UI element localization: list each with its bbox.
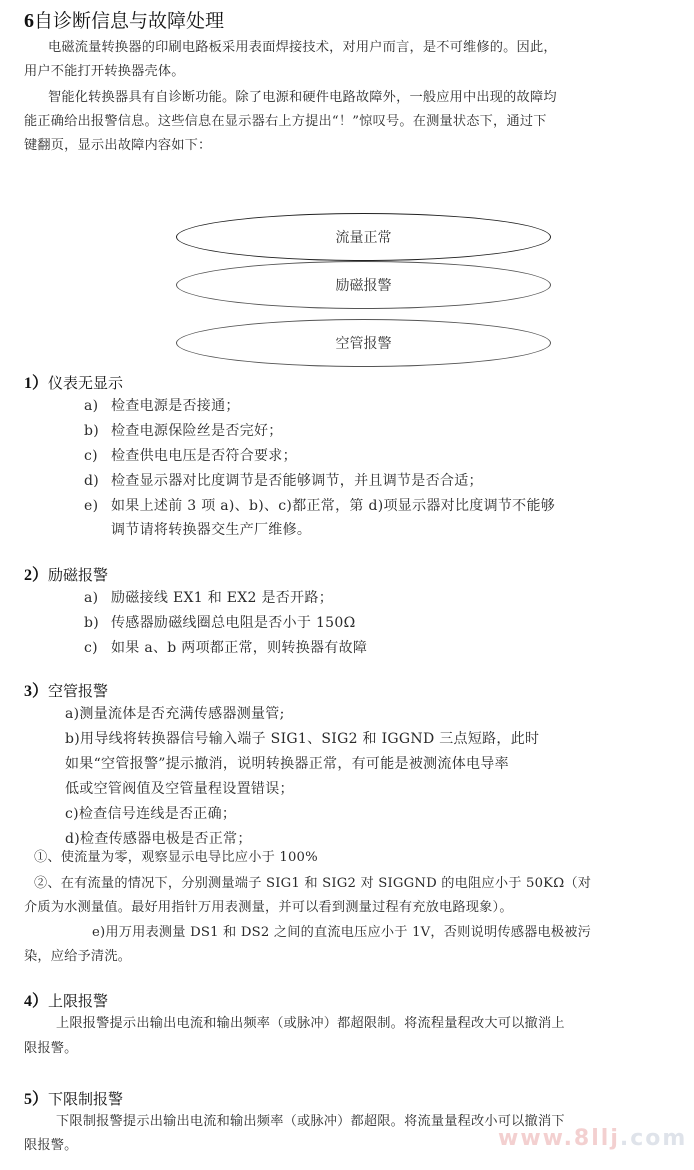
section-title-text: 自诊断信息与故障处理 bbox=[34, 10, 224, 32]
list-item: c)如果 a、b 两项都正常，则转换器有故障 bbox=[84, 637, 367, 657]
text-line: c)检查信号连线是否正确； bbox=[65, 803, 236, 823]
text-line: b)用导线将转换器信号输入端子 SIG1、SIG2 和 IGGND 三点短路，此… bbox=[65, 728, 539, 748]
sub-item-1: ①、使流量为零，观察显示电导比应小于 100% bbox=[34, 846, 318, 870]
list-item-continuation: 调节请将转换器交生产厂维修。 bbox=[111, 519, 311, 539]
text-line: 低或空管阀值及空管量程设置错误； bbox=[65, 778, 294, 798]
section-2-heading: 2）励磁报警 bbox=[24, 562, 108, 585]
list-item: b)检查电源保险丝是否完好； bbox=[84, 420, 283, 440]
ellipse-label: 流量正常 bbox=[336, 227, 392, 247]
text-line: a)测量流体是否充满传感器测量管; bbox=[65, 703, 285, 723]
section-5-line1: 下限制报警提示出输出电流和输出频率（或脉冲）都超限。将流量量程改小可以撤消下 bbox=[56, 1110, 565, 1134]
list-item: b)传感器励磁线圈总电阻是否小于 150Ω bbox=[84, 612, 355, 632]
section-5-line2: 限报警。 bbox=[24, 1134, 78, 1158]
text-line: 如果“空管报警”提示撤消，说明转换器正常，有可能是被测流体电导率 bbox=[65, 753, 509, 773]
section-1-heading: 1）仪表无显示 bbox=[24, 370, 123, 393]
status-ellipse-flow-normal: 流量正常 bbox=[176, 213, 551, 261]
item-e-line2: 染，应给予清洗。 bbox=[24, 945, 131, 969]
section-5-heading: 5）下限制报警 bbox=[24, 1086, 123, 1109]
section-3-heading: 3）空管报警 bbox=[24, 678, 108, 701]
sub-item-2: ②、在有流量的情况下，分别测量端子 SIG1 和 SIG2 对 SIGGND 的… bbox=[34, 872, 591, 896]
list-item: e)如果上述前 3 项 a)、b)、c)都正常，第 d)项显示器对比度调节不能够 bbox=[84, 495, 555, 515]
list-item: c)检查供电电压是否符合要求； bbox=[84, 445, 297, 465]
list-item: d)检查显示器对比度调节是否能够调节，并且调节是否合适； bbox=[84, 470, 483, 490]
item-e-line1: e)用万用表测量 DS1 和 DS2 之间的直流电压应小于 1V，否则说明传感器… bbox=[92, 921, 591, 945]
section-4-line2: 限报警。 bbox=[24, 1037, 78, 1061]
list-item: a)检查电源是否接通； bbox=[84, 395, 240, 415]
intro-p1-line2: 用户不能打开转换器壳体。 bbox=[24, 60, 185, 84]
status-ellipse-excitation-alarm: 励磁报警 bbox=[176, 261, 551, 309]
status-ellipse-empty-pipe-alarm: 空管报警 bbox=[176, 319, 551, 367]
text-line: d)检查传感器电极是否正常； bbox=[65, 828, 252, 848]
intro-p2-line1: 智能化转换器具有自诊断功能。除了电源和硬件电路故障外，一般应用中出现的故障均 bbox=[48, 86, 557, 110]
section-4-heading: 4）上限报警 bbox=[24, 988, 108, 1011]
section-number: 6 bbox=[24, 10, 34, 32]
intro-p2-line3: 键翻页，显示出故障内容如下： bbox=[24, 134, 211, 158]
ellipse-label: 励磁报警 bbox=[336, 275, 392, 295]
sub-item-2-cont: 介质为水测量值。最好用指针万用表测量，并可以看到测量过程有充放电路现象）。 bbox=[24, 896, 513, 920]
intro-p2-line2: 能正确给出报警信息。这些信息在显示器右上方提出“！”惊叹号。在测量状态下，通过下 bbox=[24, 110, 547, 134]
intro-p1-line1: 电磁流量转换器的印刷电路板采用表面焊接技术，对用户而言，是不可维修的。因此， bbox=[48, 36, 557, 60]
section-4-line1: 上限报警提示出输出电流和输出频率（或脉冲）都超限制。将流程量程改大可以撤消上 bbox=[56, 1012, 565, 1036]
ellipse-label: 空管报警 bbox=[336, 333, 392, 353]
page-title: 6自诊断信息与故障处理 bbox=[24, 6, 224, 33]
list-item: a)励磁接线 EX1 和 EX2 是否开路； bbox=[84, 587, 333, 607]
watermark: www.8llj.com bbox=[498, 1126, 687, 1151]
